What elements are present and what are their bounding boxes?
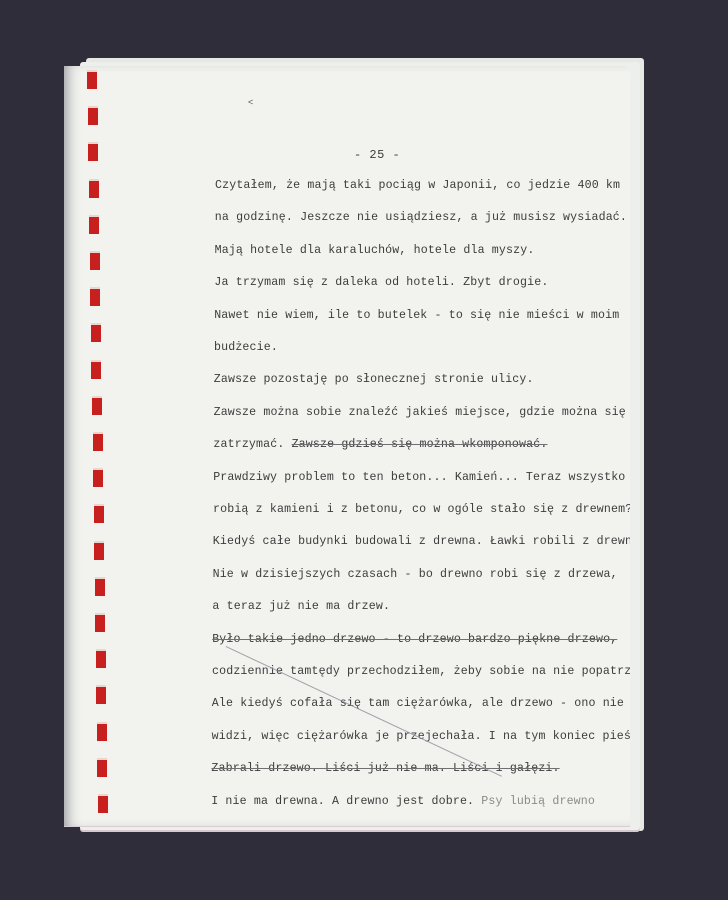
text-line: budżecie. <box>214 341 278 354</box>
binding-hole <box>94 504 104 523</box>
text-line: a teraz już nie ma drzew. <box>212 600 390 613</box>
text-line: Było takie jedno drzewo - to drzewo bard… <box>212 633 617 646</box>
binding-hole <box>91 360 101 379</box>
text-line: na godzinę. Jeszcze nie usiądziesz, a ju… <box>215 211 627 224</box>
binding-hole <box>95 577 105 596</box>
binding-hole <box>93 432 103 451</box>
text-line: Zawsze można sobie znaleźć jakieś miejsc… <box>214 406 626 419</box>
binding-hole <box>96 685 106 704</box>
binding-hole <box>90 287 100 306</box>
text-line: robią z kamieni i z betonu, co w ogóle s… <box>213 503 630 516</box>
text-line: widzi, więc ciężarówka je przejechała. I… <box>212 730 630 743</box>
struck-text: Zawsze gdzieś się można wkomponować. <box>292 438 548 451</box>
paper-mark: ˂ <box>248 98 253 108</box>
binding-hole <box>98 794 108 813</box>
spiral-binding-holes <box>64 66 124 826</box>
text-line: Czytałem, że mają taki pociąg w Japonii,… <box>215 179 620 192</box>
binding-hole <box>91 323 101 342</box>
binding-hole <box>96 649 106 668</box>
text-line: Zawsze pozostaję po słonecznej stronie u… <box>214 373 534 386</box>
text-line: Zabrali drzewo. Liści już nie ma. Liści … <box>211 762 559 775</box>
binding-hole <box>90 251 100 270</box>
text-line: I nie ma drewna. A drewno jest dobre. Ps… <box>211 795 595 808</box>
text-line: Ja trzymam się z daleka od hoteli. Zbyt … <box>214 276 548 289</box>
binding-hole <box>89 215 99 234</box>
binding-hole <box>95 613 105 632</box>
binding-hole <box>89 179 99 198</box>
binding-hole <box>93 468 103 487</box>
binding-hole <box>92 396 102 415</box>
page-number: - 25 - <box>354 148 400 162</box>
cut-off-text: Psy lubią drewno <box>481 795 595 808</box>
text-line: Prawdziwy problem to ten beton... Kamień… <box>213 471 625 484</box>
text-line: Nie w dzisiejszych czasach - bo drewno r… <box>213 568 618 581</box>
binding-hole <box>94 541 104 560</box>
binding-hole <box>97 722 107 741</box>
binding-hole <box>87 70 97 89</box>
binding-hole <box>97 758 107 777</box>
text-line: zatrzymać. Zawsze gdzieś się można wkomp… <box>213 438 547 451</box>
document-page: ˂ - 25 - Czytałem, że mają taki pociąg w… <box>64 66 630 826</box>
text-line: Nawet nie wiem, ile to butelek - to się … <box>214 309 619 322</box>
text-line: Mają hotele dla karaluchów, hotele dla m… <box>215 244 535 257</box>
text-line: codziennie tamtędy przechodziłem, żeby s… <box>212 665 630 678</box>
text-line: Kiedyś całe budynki budowali z drewna. Ł… <box>213 535 630 548</box>
binding-hole <box>88 142 98 161</box>
text-line: Ale kiedyś cofała się tam ciężarówka, al… <box>212 697 624 710</box>
binding-hole <box>88 106 98 125</box>
